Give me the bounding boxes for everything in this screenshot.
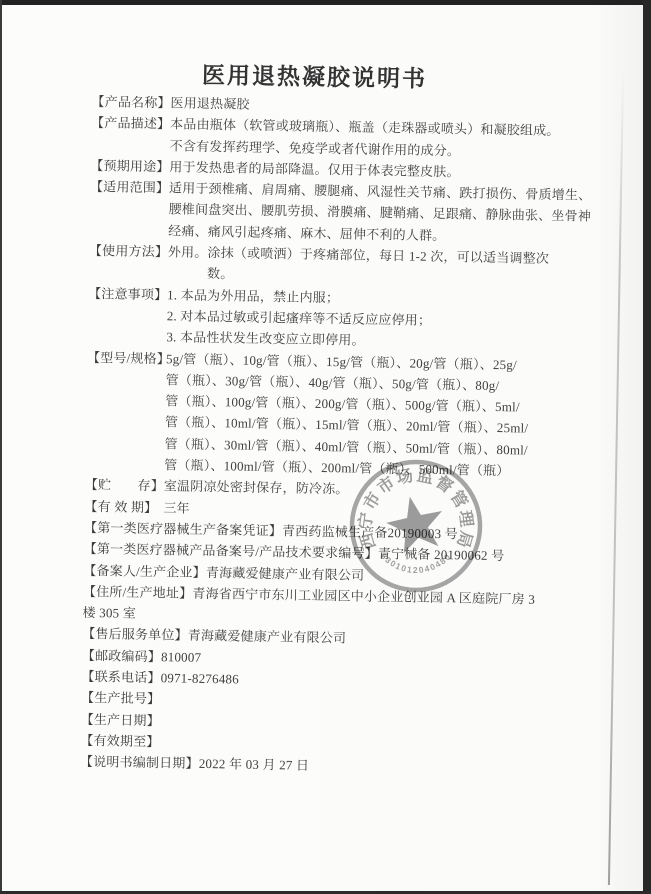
section-label: 【第一类医疗器械生产备案凭证】 [84,520,282,538]
section-label: 【型号/规格】 [87,346,166,369]
section-text: 医用退热凝胶 [170,92,250,115]
section-label: 【注意事项】 [88,283,167,306]
section-label: 【产品描述】 [91,112,170,135]
section-text: 适用于颈椎痛、肩周痛、腰腿痛、风湿性关节痛、跌打损伤、骨质增生、 腰椎间盘突出、… [168,177,591,248]
section-label: 【有 效 期】 [84,495,163,518]
section-text: 室温阴凉处密封保存，防冷冻。 [164,476,349,501]
document-body: 【产品名称】医用退热凝胶 【产品描述】本品由瓶体（软管或玻璃瓶）、瓶盖（走珠器或… [80,91,637,782]
section-text: 0971-8276486 [161,670,239,686]
section-label: 【售后服务单位】 [82,626,188,643]
section-label: 【适用范围】 [90,176,169,199]
section-text: 810007 [161,649,201,665]
section-label: 【联系电话】 [81,669,160,685]
section-label: 【使用方法】 [89,240,168,263]
svg-text:6301012040480: 6301012040480 [379,551,454,575]
scan-edge-right [643,0,651,894]
section-label: 【邮政编码】 [82,648,161,664]
section-label: 【生产日期】 [81,711,160,727]
stamp-code-text: 6301012040480 [379,551,454,575]
section-application-scope: 【适用范围】适用于颈椎痛、肩周痛、腰腿痛、风湿性关节痛、跌打损伤、骨质增生、 腰… [89,176,635,249]
section-label: 【贮 存】 [85,474,164,497]
official-seal-stamp: 西宁市市场监督管理局 6301012040480 [336,446,496,606]
paper-background: 医用退热凝胶说明书 【产品名称】医用退热凝胶 【产品描述】本品由瓶体（软管或玻璃… [2,5,643,891]
section-label: 【备案人/生产企业】 [83,562,206,579]
section-label: 【有效期至】 [80,733,159,749]
section-text: 外用。涂抹（或喷洒）于疼痛部位，每日 1-2 次，可以适当调整次 数。 [167,241,549,290]
section-label: 【说明书编制日期】 [80,754,199,771]
scanned-content: 医用退热凝胶说明书 【产品名称】医用退热凝胶 【产品描述】本品由瓶体（软管或玻璃… [0,0,651,894]
section-label: 【生产批号】 [81,690,160,706]
section-text: 青海藏爱健康产业有限公司 [188,628,347,646]
scan-edge-top [0,0,651,5]
section-text: 1. 本品为外用品，禁止内服； 2. 对本品过敏或引起瘙痒等不适反应应停用； 3… [166,284,431,352]
section-precautions: 【注意事项】1. 本品为外用品，禁止内服； 2. 对本品过敏或引起瘙痒等不适反应… [87,283,633,356]
section-label: 【住所/生产地址】 [83,584,193,601]
section-text: 2022 年 03 月 27 日 [199,756,310,773]
section-text: 三年 [163,497,190,519]
scanned-document-page: { "doc": { "title": "医用退热凝胶说明书" }, "sect… [0,0,651,894]
section-label: 【预期用途】 [90,155,169,178]
scan-edge-left [0,0,2,894]
stamp-star-icon [382,491,449,556]
section-text: 本品由瓶体（软管或玻璃瓶）、瓶盖（走珠器或喷头）和凝胶组成。 不含有发挥药理学、… [170,114,560,163]
section-label: 【第一类医疗器械产品备案号/产品技术要求编号】 [84,541,378,561]
section-label: 【产品名称】 [91,91,170,114]
